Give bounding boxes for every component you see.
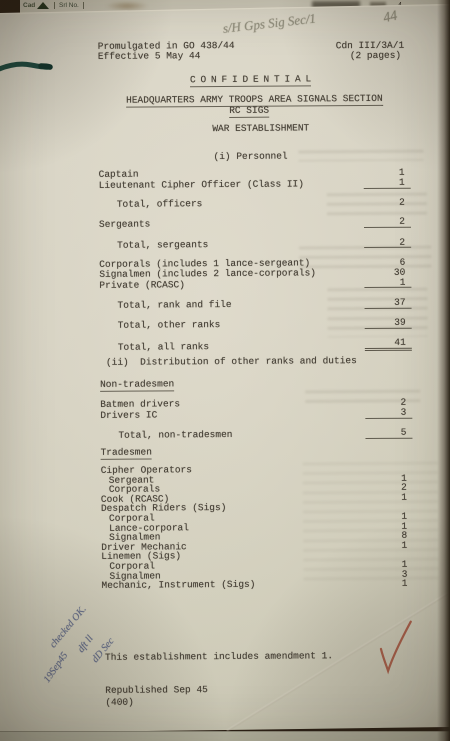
row-label: Signalmen (includes 2 lance-corporals) [97,268,364,280]
row-value: 3 [365,407,412,418]
effective-date-line: Effective 5 May 44 [98,51,201,62]
establishment-row: Total, officers2 [97,198,411,210]
pencil-annotation: s/H Gps Sig Sec/1 [222,11,317,37]
row-value: 1 [366,492,413,502]
row-label: Total, all ranks [98,341,365,353]
tradesmen-table: Cipher OperatorsSergeant1Corporals2Cook … [99,464,414,591]
establishment-row: Total, rank and file37 [98,298,412,311]
row-value: 1 [364,177,411,188]
row-label: Mechanic, Instrument (Sigs) [99,579,366,590]
row-value: 39 [365,318,412,329]
establishment-row: Total, all ranks41 [98,338,412,353]
non-tradesmen-table: Batmen drivers2Drivers IC3Total, non-tra… [98,398,412,441]
corps-title: RC SIGS [229,106,269,118]
section-i-heading: (i) Personnel [213,152,287,163]
row-label: Batmen drivers [98,398,365,410]
row-value: 2 [364,198,411,208]
row-value: 2 [364,237,411,248]
establishment-row: Total, non-tradesmen5 [98,428,412,441]
row-label: Total, rank and file [98,299,365,311]
establishment-row: Total, other ranks39 [98,318,412,331]
establishment-row: Private (RCASC)1 [97,277,411,290]
pen-annotation: dft ll [76,633,96,654]
establishment-row: Lieutenant Cipher Officer (Class II)1 [97,177,411,190]
paper-right-edge-shadow [437,0,450,741]
row-value: 2 [364,217,411,228]
ink-bleed-ghost [298,149,423,162]
personnel-table: Captain1Lieutenant Cipher Officer (Class… [97,168,412,353]
row-value: 1 [366,540,413,550]
photo-scene: Cad Srl No. 4 s/H Gps Sig Sec/1 44 Promu… [0,0,450,741]
row-label: Total, other ranks [98,319,365,331]
pencil-annotation-number: 44 [382,9,399,28]
amendment-note: This establishment includes amendment 1. [105,651,333,663]
row-label: Lieutenant Cipher Officer (Class II) [97,179,364,191]
tradesmen-heading: Tradesmen [101,448,152,460]
row-value: 1 [366,579,413,589]
row-label: Total, non-tradesmen [98,429,365,441]
pen-annotation: 19Sep45 [42,650,71,685]
row-label: Private (RCASC) [97,279,364,291]
row-label: Captain [97,168,364,180]
non-tradesmen-heading: Non-tradesmen [100,379,174,391]
row-label: Drivers IC [98,409,365,421]
republished-line: Republished Sep 45 [105,685,208,696]
establishment-row: Total, sergeants2 [97,237,411,250]
establishment-row: Drivers IC3 [98,407,412,420]
page-count: (2 pages) [350,51,401,61]
establishment-row: Mechanic, Instrument (Sigs)1 [99,579,413,591]
row-value: 5 [365,428,412,439]
classification-title: C O N F I D E N T I A L [190,74,311,86]
row-label: Total, sergeants [97,239,364,251]
row-label: Total, officers [97,198,364,210]
row-value: 41 [365,338,412,351]
copies-count: (400) [105,698,134,708]
row-value: 1 [364,277,411,288]
row-label: Sergeants [97,218,364,230]
document-type-title: WAR ESTABLISHMENT [212,123,309,134]
row-value: 37 [364,298,411,309]
section-ii-heading: (ii) Distribution of other ranks and dut… [106,356,357,368]
typed-content-layer: s/H Gps Sig Sec/1 44 Promulgated in GO 4… [0,0,450,741]
establishment-row: Sergeants2 [97,217,411,230]
